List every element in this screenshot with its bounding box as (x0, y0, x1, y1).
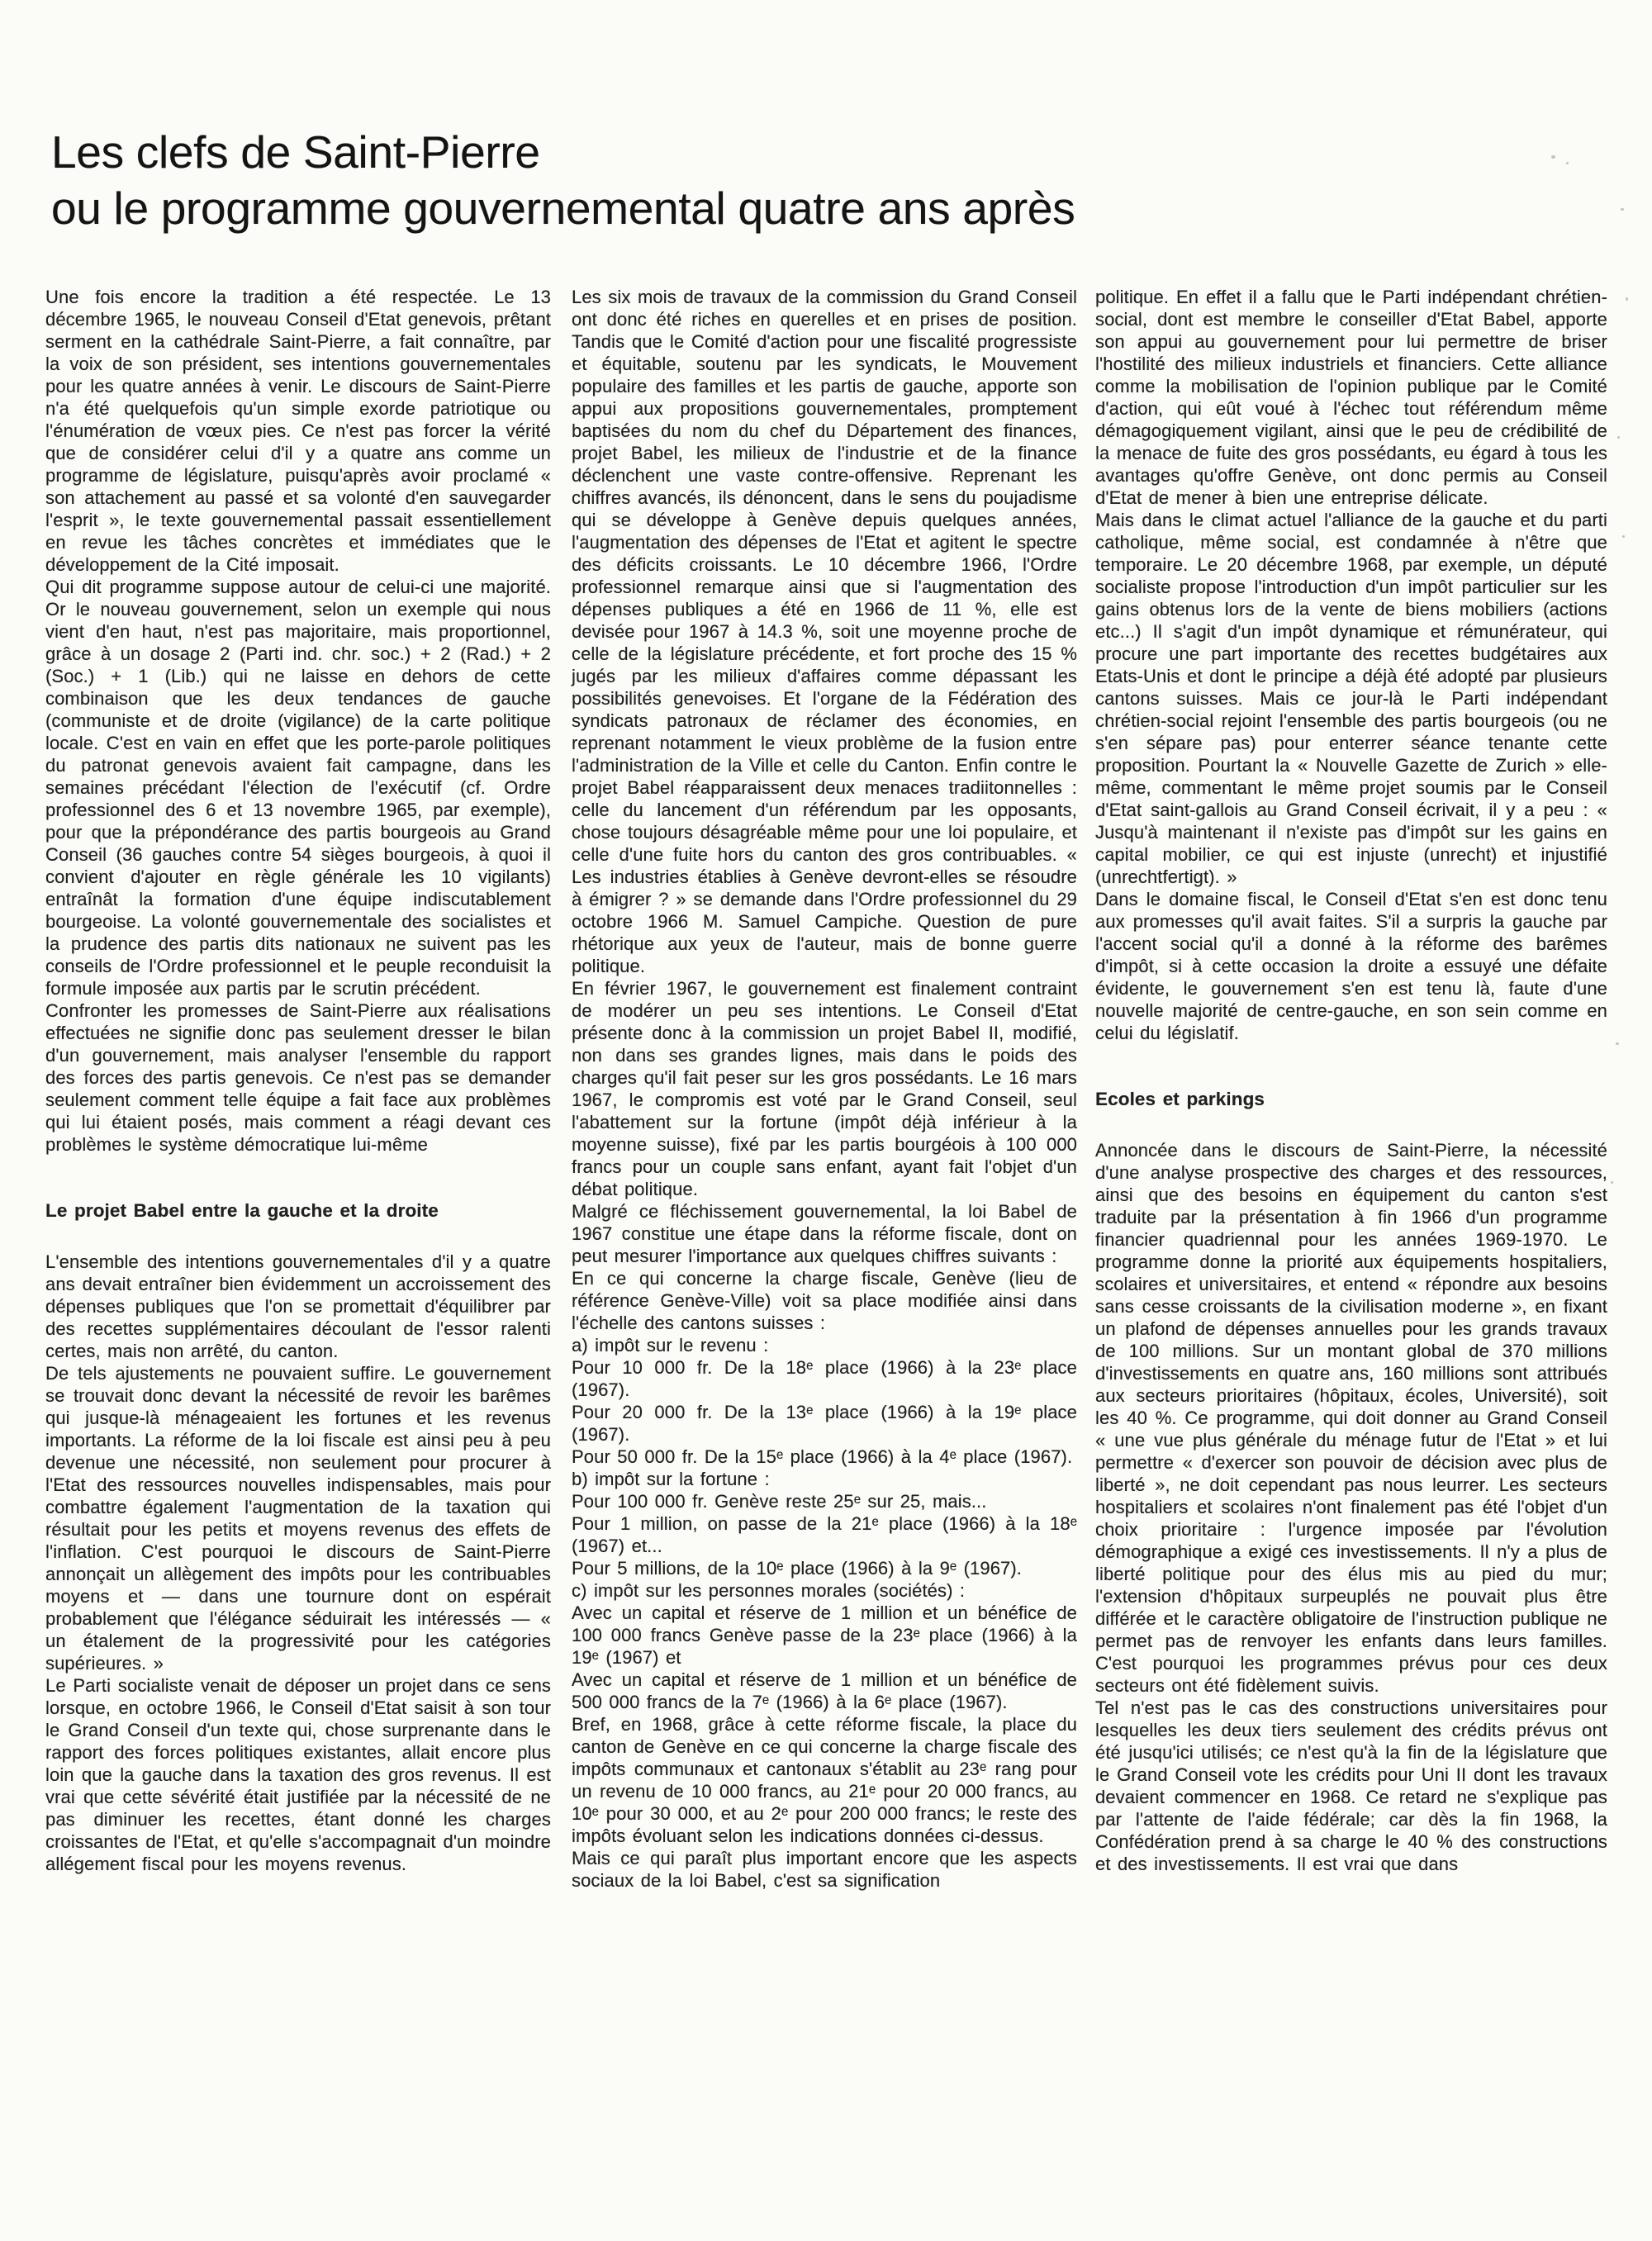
paragraph: Qui dit programme suppose autour de celu… (45, 576, 551, 999)
list-item-c: c) impôt sur les personnes morales (soci… (572, 1579, 1077, 1602)
paragraph: En ce qui concerne la charge fiscale, Ge… (572, 1267, 1077, 1334)
scan-speck (1617, 436, 1620, 439)
paragraph: Une fois encore la tradition a été respe… (45, 286, 551, 576)
paragraph: Malgré ce fléchissement gouvernemental, … (572, 1200, 1077, 1267)
list-item: Pour 10 000 fr. De la 18ᵉ place (1966) à… (572, 1356, 1077, 1401)
scan-speck (1616, 1042, 1619, 1045)
column-right: politique. En effet il a fallu que le Pa… (1095, 286, 1607, 1875)
paragraph: Mais dans le climat actuel l'alliance de… (1095, 509, 1607, 888)
article-title-line2: ou le programme gouvernemental quatre an… (51, 180, 1075, 236)
list-item: Pour 1 million, on passe de la 21ᵉ place… (572, 1512, 1077, 1557)
section-subhead-ecoles: Ecoles et parkings (1095, 1088, 1607, 1110)
newspaper-page: Les clefs de Saint-Pierre ou le programm… (0, 0, 1652, 2241)
paragraph: De tels ajustements ne pouvaient suffire… (45, 1362, 551, 1674)
scan-speck (1566, 162, 1569, 164)
column-left: Une fois encore la tradition a été respe… (45, 286, 551, 1875)
list-item: Avec un capital et réserve de 1 million … (572, 1669, 1077, 1713)
article-title: Les clefs de Saint-Pierre ou le programm… (51, 124, 1075, 236)
scan-speck (1621, 208, 1624, 211)
scan-speck (1611, 1181, 1613, 1184)
article-title-line1: Les clefs de Saint-Pierre (51, 124, 1075, 180)
list-item-b: b) impôt sur la fortune : (572, 1468, 1077, 1490)
paragraph: L'ensemble des intentions gouvernemental… (45, 1251, 551, 1362)
paragraph: Confronter les promesses de Saint-Pierre… (45, 999, 551, 1156)
list-item: Avec un capital et réserve de 1 million … (572, 1602, 1077, 1669)
paragraph: Annoncée dans le discours de Saint-Pierr… (1095, 1139, 1607, 1697)
paragraph: politique. En effet il a fallu que le Pa… (1095, 286, 1607, 509)
list-item: Pour 50 000 fr. De la 15ᵉ place (1966) à… (572, 1446, 1077, 1468)
paragraph: En février 1967, le gouvernement est fin… (572, 977, 1077, 1200)
paragraph: Dans le domaine fiscal, le Conseil d'Eta… (1095, 888, 1607, 1044)
list-item: Pour 20 000 fr. De la 13ᵉ place (1966) à… (572, 1401, 1077, 1446)
list-item-a: a) impôt sur le revenu : (572, 1334, 1077, 1356)
list-item: Pour 100 000 fr. Genève reste 25ᵉ sur 25… (572, 1490, 1077, 1512)
scan-speck (1551, 155, 1555, 159)
list-item: Pour 5 millions, de la 10ᵉ place (1966) … (572, 1557, 1077, 1579)
paragraph: Bref, en 1968, grâce à cette réforme fis… (572, 1713, 1077, 1847)
paragraph: Mais ce qui paraît plus important encore… (572, 1847, 1077, 1892)
paragraph: Tel n'est pas le cas des constructions u… (1095, 1697, 1607, 1875)
column-middle: Les six mois de travaux de la commission… (572, 286, 1077, 1892)
section-subhead-babel: Le projet Babel entre la gauche et la dr… (45, 1199, 551, 1222)
scan-speck (1622, 535, 1625, 538)
paragraph: Le Parti socialiste venait de déposer un… (45, 1674, 551, 1875)
paragraph: Les six mois de travaux de la commission… (572, 286, 1077, 977)
scan-speck (1626, 297, 1628, 301)
